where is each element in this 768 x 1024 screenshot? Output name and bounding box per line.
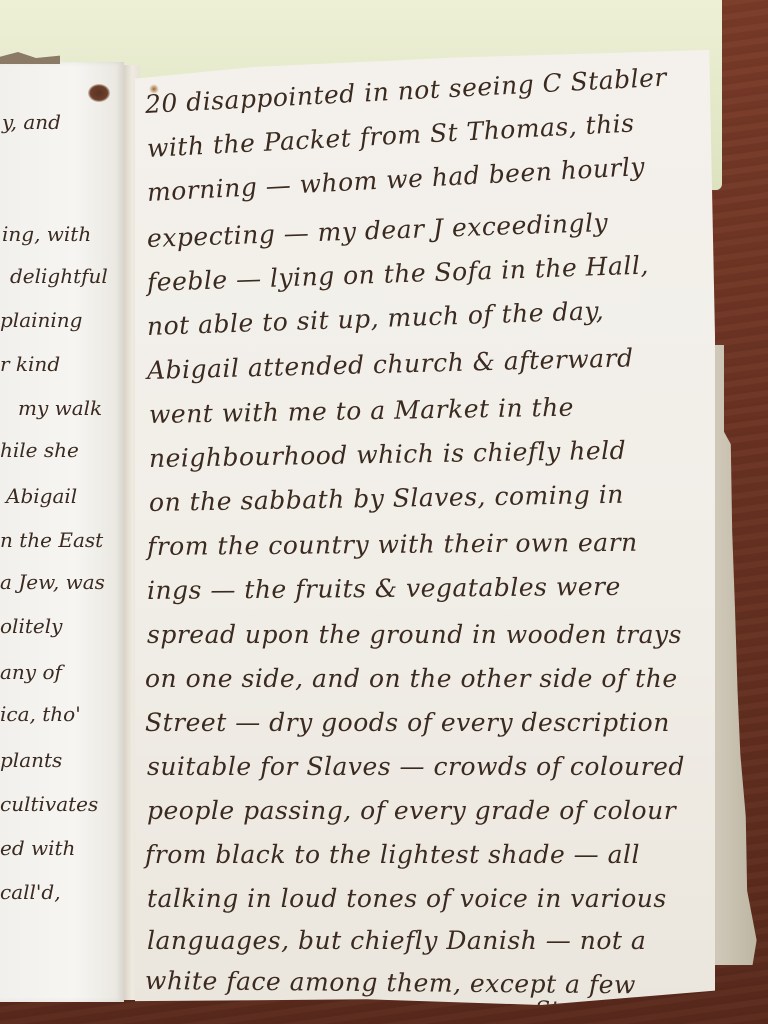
left-fragment: plaining: [0, 308, 82, 332]
journal-line: went with me to a Market in the: [149, 393, 574, 429]
journal-line: people passing, of every grade of colour: [147, 796, 676, 825]
journal-line: talking in loud tones of voice in variou…: [147, 884, 667, 913]
left-fragment: call'd,: [0, 880, 61, 904]
journal-line: morning — whom we had been hourly: [146, 152, 645, 207]
left-fragment: a Jew, was: [0, 570, 105, 594]
journal-line: ings — the fruits & vegatables were: [147, 572, 621, 605]
journal-line: spread upon the ground in wooden trays: [147, 620, 682, 649]
line-text: disappointed in not seeing C Stabler: [185, 63, 667, 117]
journal-line: neighbourhood which is chiefly held: [149, 436, 627, 473]
ink-stain: [88, 84, 110, 102]
journal-line: from black to the lightest shade — all: [145, 840, 640, 869]
journal-line: from the country with their own earn: [147, 528, 638, 561]
left-fragment: n the East: [0, 528, 103, 552]
left-fragment: ica, tho': [0, 702, 81, 726]
left-fragment: cultivates: [0, 792, 98, 816]
left-fragment: any of: [0, 660, 62, 684]
date-number: 20: [144, 88, 178, 119]
journal-line: white face among them, except a few: [145, 966, 636, 999]
journal-line: expecting — my dear J exceedingly: [146, 208, 608, 253]
journal-line: on the sabbath by Slaves, coming in: [149, 480, 624, 517]
left-fragment: ing, with: [2, 222, 91, 246]
left-fragment: plants: [0, 748, 62, 772]
left-fragment: r kind: [0, 352, 60, 376]
left-fragment: delightful: [10, 264, 108, 288]
left-fragment: Abigail: [6, 484, 77, 508]
journal-line: suitable for Slaves — crowds of coloured: [147, 752, 685, 781]
left-fragment: my walk: [18, 396, 102, 420]
journal-line: on one side, and on the other side of th…: [145, 664, 678, 693]
left-journal-page: y, and ing, with delightful plaining r k…: [0, 62, 124, 1002]
left-fragment: hile she: [0, 438, 79, 462]
journal-line: with the Packet from St Thomas, this: [146, 108, 635, 163]
journal-line: Abigail attended church & afterward: [147, 343, 634, 385]
left-fragment: olitely: [0, 614, 62, 638]
right-journal-page: th 1st day 20 disappointed in not seeing…: [135, 50, 715, 1005]
journal-line: Street — dry goods of every description: [145, 708, 670, 737]
journal-line: not able to sit up, much of the day,: [146, 296, 604, 341]
left-fragment: y, and: [2, 110, 61, 134]
left-fragment: ed with: [0, 836, 75, 860]
journal-line: languages, but chiefly Danish — not a: [147, 926, 646, 955]
journal-line: feeble — lying on the Sofa in the Hall,: [146, 250, 649, 297]
